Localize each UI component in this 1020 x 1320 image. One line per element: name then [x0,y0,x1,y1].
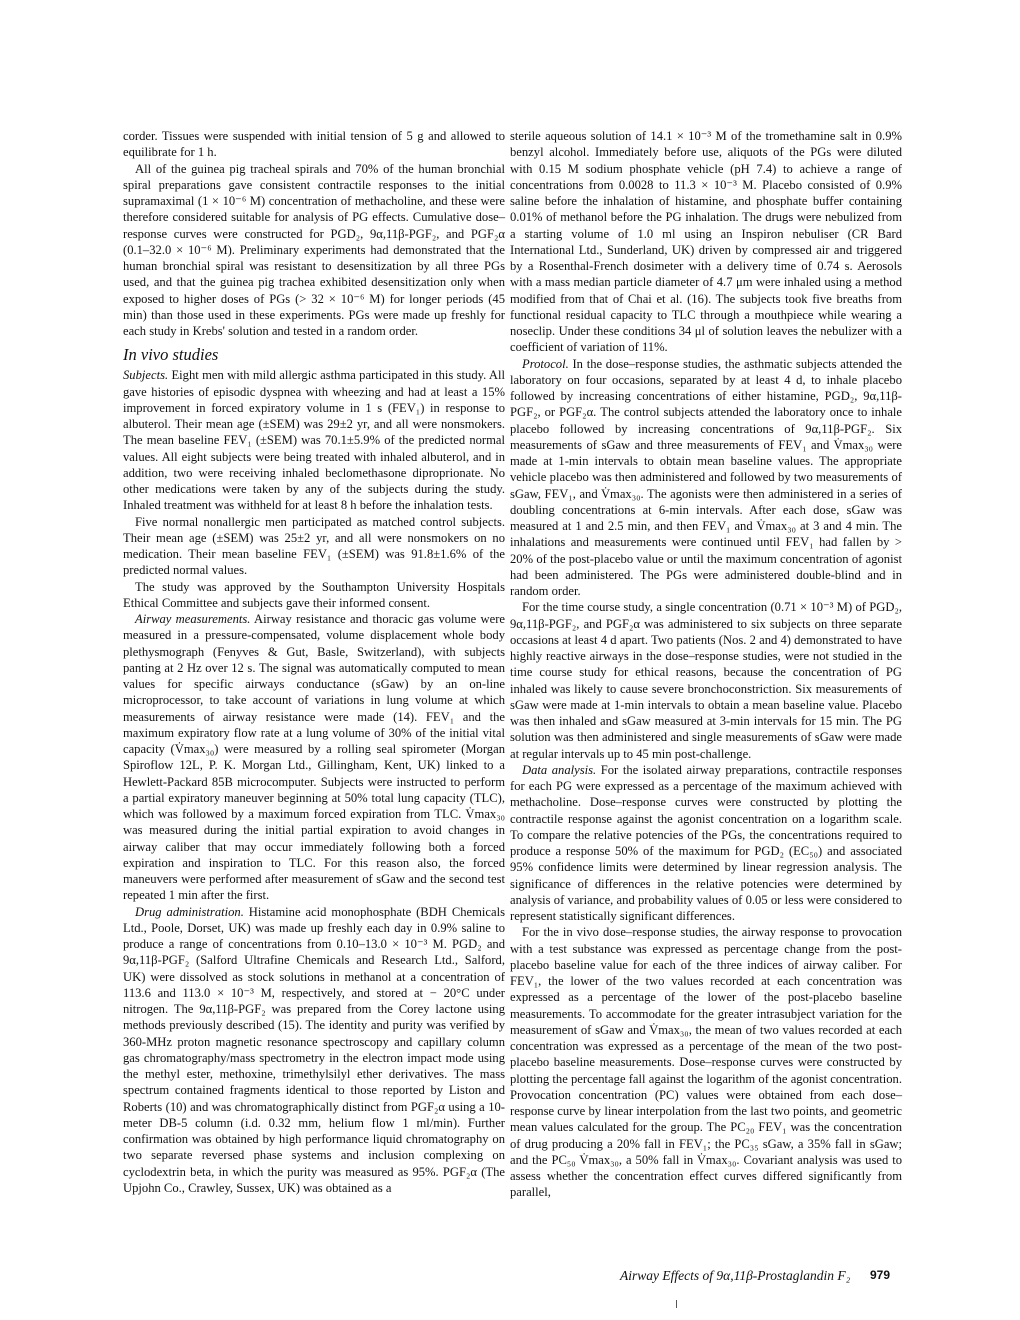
paragraph-ethics: The study was approved by the Southampto… [123,579,505,612]
paragraph-subjects: Subjects. Eight men with mild allergic a… [123,367,505,513]
paragraph-in-vivo-analysis: For the in vivo dose–response studies, t… [510,924,902,1200]
page-number: 979 [870,1268,890,1282]
paragraph-tissue-tension: corder. Tissues were suspended with init… [123,128,505,161]
paragraph-data-analysis: Data analysis. For the isolated airway p… [510,762,902,925]
paragraph-protocol: Protocol. In the dose–response studies, … [510,356,902,600]
paragraph-invitro-results: All of the guinea pig tracheal spirals a… [123,161,505,340]
section-heading-in-vivo: In vivo studies [123,345,505,365]
runin-data-analysis: Data analysis. [522,763,596,777]
paragraph-controls: Five normal nonallergic men participated… [123,514,505,579]
paragraph-time-course: For the time course study, a single conc… [510,599,902,762]
paragraph-airway-measurements: Airway measurements. Airway resistance a… [123,611,505,904]
running-title: Airway Effects of 9α,11β-Prostaglandin F… [620,1268,850,1284]
runin-subjects: Subjects. [123,368,168,382]
right-column: sterile aqueous solution of 14.1 × 10⁻³ … [510,128,902,1201]
paragraph-pgf-solution: sterile aqueous solution of 14.1 × 10⁻³ … [510,128,902,356]
runin-airway-measurements: Airway measurements. [135,612,250,626]
runin-drug-administration: Drug administration. [135,905,244,919]
runin-protocol: Protocol. [522,357,569,371]
paragraph-drug-administration: Drug administration. Histamine acid mono… [123,904,505,1197]
scan-mark [676,1300,677,1308]
left-column: corder. Tissues were suspended with init… [123,128,505,1196]
